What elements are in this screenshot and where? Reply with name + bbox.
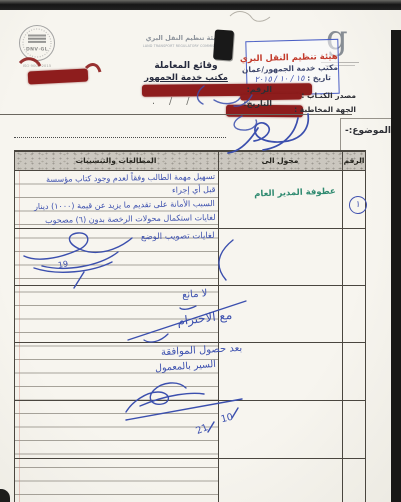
scan-corner-artifact (0, 489, 10, 502)
row-divider (14, 285, 366, 286)
pencil-scribble (230, 12, 270, 22)
notes-handwriting-line: قبل أي إجراء (171, 185, 215, 195)
dnv-gl-certification-stamp: DNV·GL ISO 9001:2015 (14, 22, 74, 76)
stamp-date-value-handwritten: ١٥ / ١٠ / ٢٠١٥ (254, 73, 304, 83)
subject-box-line (340, 118, 391, 119)
redaction-bar (28, 68, 89, 84)
table-header-number: الرقم (342, 151, 366, 170)
stamp-date-line: تاريخ : ١٥ / ١٠ / ٢٠١٥ (247, 72, 338, 83)
date-field-label: التاريخ: (243, 99, 272, 108)
source-field-label: مصدر الكتـاب : (301, 91, 356, 100)
stamp-date-label: تاريخ : (307, 72, 331, 82)
margin-line (19, 171, 20, 502)
table-border-left (14, 150, 15, 502)
date-handwriting: 19 (57, 259, 69, 270)
row-divider (14, 458, 366, 459)
scan-right-edge (391, 30, 401, 502)
dnv-brand-text: DNV·GL (26, 47, 48, 53)
iso-label: ISO 9001:2015 (23, 63, 52, 68)
table-header-transferred-to: محول الى (218, 151, 342, 170)
column-divider (342, 150, 343, 502)
subject-box-line (340, 118, 341, 150)
record-title: وقائع المعاملة (140, 61, 232, 71)
row-divider (14, 400, 366, 401)
org-name-arabic: هيئة تنظيم النقل البري (144, 34, 222, 42)
scanned-document: DNV·GL ISO 9001:2015 هيئة تنظيم النقل ال… (0, 0, 401, 502)
stamp-ring-text (23, 29, 51, 57)
transferred-to-handwriting: عطوفة المدير العام (250, 186, 340, 199)
scan-top-edge (0, 0, 401, 10)
black-ink-stamp-blob (213, 29, 234, 60)
date-handwriting-month: 10 (220, 412, 234, 426)
subject-dotted-line (14, 129, 226, 138)
table-header-notes: المطالعات والتنسيبات (14, 151, 218, 170)
subject-handwriting (228, 114, 308, 153)
subject-label: الموضوع:- (345, 126, 391, 136)
approval-handwriting: لا مانع (181, 288, 207, 301)
column-divider (218, 150, 219, 502)
row-divider (14, 342, 366, 343)
section-divider (0, 114, 352, 115)
row-divider (14, 170, 366, 171)
number-field-label: الرقم: (247, 85, 272, 94)
date-field-value: . / / (152, 96, 222, 107)
notes-handwriting-line: لغايات تصويب الوضع (141, 231, 215, 242)
row-divider (14, 228, 366, 229)
addressee-field-label: الجهة المخاطبة : (294, 105, 356, 114)
record-subtitle: مكتب خدمة الجمهور (136, 73, 236, 83)
